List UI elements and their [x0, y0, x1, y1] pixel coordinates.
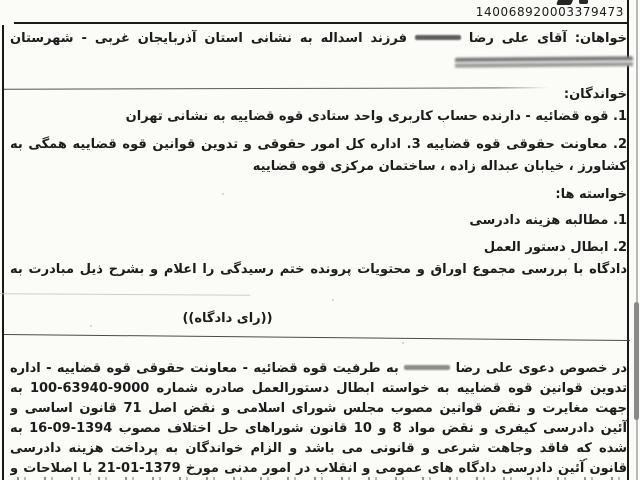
- defendant-item-2: 2. معاونت حقوقی قوه قضاییه 3. اداره کل ا…: [10, 135, 627, 156]
- scan-speck: [568, 258, 570, 260]
- plaintiff-text-before: خواهان: آقای علی رضا: [469, 31, 627, 46]
- verdict-line-3: جهت مغایرت و نقض قوانین مصوب مجلس شورای …: [10, 399, 627, 420]
- redaction-plaintiff-name: [415, 35, 461, 40]
- redaction-address-bar: [455, 56, 633, 70]
- verdict-line-4: آئین دادرسی کیفری و نقض مواد 8 و 10 قانو…: [10, 419, 627, 440]
- scan-speck: [332, 299, 334, 301]
- claim-item-2: 2. ابطال دستور العمل: [10, 238, 627, 259]
- closing-statement: دادگاه با بررسی مجموع اوراق و محتویات پر…: [10, 260, 627, 281]
- scrollbar-thumb[interactable]: [634, 302, 639, 420]
- verdict-divider: [4, 334, 630, 341]
- defendant-item-1: 1. قوه قضائیه - دارنده حساب کاربری واحد …: [10, 107, 627, 128]
- verdict-line1-before: در خصوص دعوی علی رضا: [456, 361, 627, 376]
- verdict-line-2: تدوین قوانین قوه قضاییه به خواسته ابطال …: [10, 379, 627, 400]
- scanned-court-document: 140068920003379473 خواهان: آقای علی رضا …: [0, 0, 640, 480]
- scan-speck: [402, 342, 404, 344]
- scan-speck: [222, 193, 224, 195]
- claims-heading: خواسته ها:: [10, 185, 627, 206]
- page-border-right: [627, 0, 629, 480]
- case-number: 140068920003379473: [476, 5, 624, 19]
- page-border-left: [2, 25, 4, 480]
- header-divider: [14, 22, 629, 24]
- claim-item-1: 1. مطالبه هزینه دادرسی: [10, 211, 627, 232]
- cut-off-stamp-mark: [579, 0, 588, 4]
- defendants-heading: خواندگان:: [10, 85, 627, 106]
- defendant-item-2-continuation: کشاورز ، خیابان عبداله زاده ، ساختمان مر…: [10, 157, 627, 178]
- scan-speck: [90, 325, 92, 327]
- plaintiff-line: خواهان: آقای علی رضا فرزند اسداله به نشا…: [10, 29, 627, 50]
- verdict-line-1: در خصوص دعوی علی رضا به طرفیت قوه قضائیه…: [10, 359, 627, 380]
- redaction-verdict-name: [404, 365, 450, 370]
- verdict-heading: ((رای دادگاه)): [0, 309, 455, 330]
- verdict-line-5: شده که فاقد وجاهت شرعی و قانونی می باشد …: [10, 439, 627, 460]
- scan-artifact-line: [0, 293, 250, 296]
